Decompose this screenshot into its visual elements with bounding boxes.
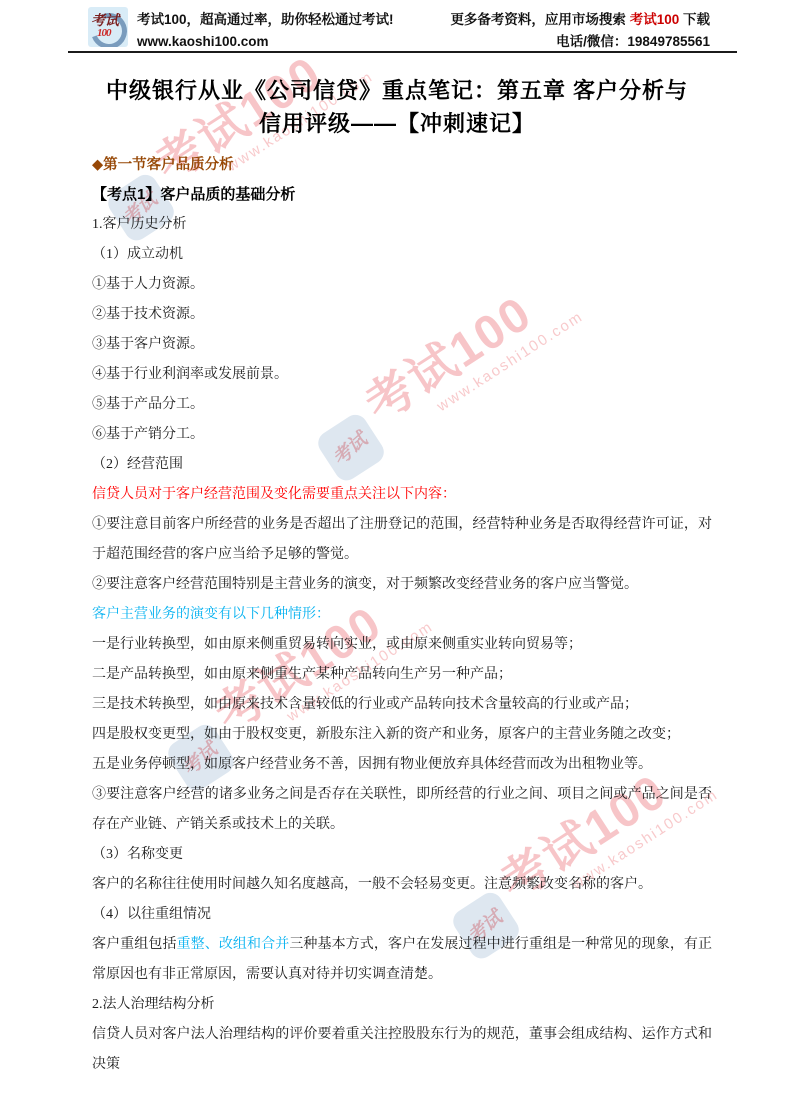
paragraph: 信贷人员对客户法人治理结构的评价要着重关注控股股东行为的规范，董事会组成结构、运…	[92, 1020, 712, 1080]
paragraph: 四是股权变更型，如由于股权变更，新股东注入新的资产和业务，原客户的主营业务随之改…	[92, 720, 712, 750]
text-run: 客户的名称往往使用时间越久知名度越高，一般不会轻易变更。注意频繁改变名称的客户。	[92, 877, 652, 892]
paragraph: ②基于技术资源。	[92, 300, 712, 330]
logo-brand-bottom: 100	[97, 27, 111, 39]
paragraph: 客户重组包括重整、改组和合并三种基本方式，客户在发展过程中进行重组是一种常见的现…	[92, 930, 712, 990]
paragraph: 2.法人治理结构分析	[92, 990, 712, 1020]
text-run: 信贷人员对客户法人治理结构的评价要着重关注控股股东行为的规范，董事会组成结构、运…	[92, 1027, 712, 1072]
text-run: 客户重组包括	[92, 937, 177, 952]
text-run: ⑥基于产销分工。	[92, 427, 204, 442]
paragraph: 一是行业转换型，如由原来侧重贸易转向实业，或由原来侧重实业转向贸易等；	[92, 630, 712, 660]
document-body: ◆第一节客户品质分析 【考点1】客户品质的基础分析 1.客户历史分析（1）成立动…	[92, 150, 712, 1080]
paragraph: （1）成立动机	[92, 240, 712, 270]
text-run: 2.法人治理结构分析	[92, 997, 215, 1012]
paragraph: 三是技术转换型，如由原来技术含量较低的行业或产品转向技术含量较高的行业或产品；	[92, 690, 712, 720]
paragraph: ③基于客户资源。	[92, 330, 712, 360]
text-run: 1.客户历史分析	[92, 217, 187, 232]
paragraph: ⑤基于产品分工。	[92, 390, 712, 420]
paragraph: 五是业务停顿型，如原客户经营业务不善，因拥有物业便放弃具体经营而改为出租物业等。	[92, 750, 712, 780]
text-run: ④基于行业利润率或发展前景。	[92, 367, 288, 382]
paragraph: 客户的名称往往使用时间越久知名度越高，一般不会轻易变更。注意频繁改变名称的客户。	[92, 870, 712, 900]
text-run: 客户主营业务的演变有以下几种情形：	[92, 607, 330, 622]
paragraph: （2）经营范围	[92, 450, 712, 480]
header-website: www.kaoshi100.com	[137, 31, 394, 53]
text-run: ③基于客户资源。	[92, 337, 204, 352]
text-run: 二是产品转换型，如由原来侧重生产某种产品转向生产另一种产品；	[92, 667, 512, 682]
text-run: ③要注意客户经营的诸多业务之间是否存在关联性，即所经营的行业之间、项目之间或产品…	[92, 787, 712, 832]
body-paragraphs: 1.客户历史分析（1）成立动机①基于人力资源。②基于技术资源。③基于客户资源。④…	[92, 210, 712, 1080]
paragraph: 客户主营业务的演变有以下几种情形：	[92, 600, 712, 630]
paragraph: ②要注意客户经营范围特别是主营业务的演变，对于频繁改变经营业务的客户应当警觉。	[92, 570, 712, 600]
header-left-block: 考试100，超高通过率，助你轻松通过考试! www.kaoshi100.com	[137, 9, 394, 53]
paragraph: 信贷人员对于客户经营范围及变化需要重点关注以下内容：	[92, 480, 712, 510]
paragraph: ⑥基于产销分工。	[92, 420, 712, 450]
text-run: ①要注意目前客户所经营的业务是否超出了注册登记的范围，经营特种业务是否取得经营许…	[92, 517, 712, 562]
text-run: （4）以往重组情况	[92, 907, 211, 922]
text-run: 三是技术转换型，如由原来技术含量较低的行业或产品转向技术含量较高的行业或产品；	[92, 697, 638, 712]
paragraph: ③要注意客户经营的诸多业务之间是否存在关联性，即所经营的行业之间、项目之间或产品…	[92, 780, 712, 840]
kaoshi100-logo-icon: 考试 100	[88, 7, 128, 47]
paragraph: （3）名称变更	[92, 840, 712, 870]
paragraph: ④基于行业利润率或发展前景。	[92, 360, 712, 390]
page-title-line1: 中级银行从业《公司信贷》重点笔记：第五章 客户分析与	[40, 74, 754, 107]
document-page: 考试 考试100 www.kaoshi100.com 考试 考试100 www.…	[0, 0, 794, 1098]
page-title: 中级银行从业《公司信贷》重点笔记：第五章 客户分析与 信用评级——【冲刺速记】	[40, 74, 754, 140]
text-run: （3）名称变更	[92, 847, 183, 862]
page-title-line2: 信用评级——【冲刺速记】	[40, 107, 754, 140]
text-run: ⑤基于产品分工。	[92, 397, 204, 412]
paragraph: （4）以往重组情况	[92, 900, 712, 930]
paragraph: ①基于人力资源。	[92, 270, 712, 300]
promo-suffix: 下载	[679, 12, 710, 27]
paragraph: 1.客户历史分析	[92, 210, 712, 240]
header-promo: 更多备考资料，应用市场搜索 考试100 下载	[450, 9, 710, 31]
text-run: （2）经营范围	[92, 457, 183, 472]
text-run: ①基于人力资源。	[92, 277, 204, 292]
text-run: 信贷人员对于客户经营范围及变化需要重点关注以下内容：	[92, 487, 456, 502]
text-run: 四是股权变更型，如由于股权变更，新股东注入新的资产和业务，原客户的主营业务随之改…	[92, 727, 680, 742]
header-divider	[68, 51, 737, 53]
text-run: 五是业务停顿型，如原客户经营业务不善，因拥有物业便放弃具体经营而改为出租物业等。	[92, 757, 652, 772]
exam-point-heading: 【考点1】客户品质的基础分析	[92, 180, 712, 210]
paragraph: 二是产品转换型，如由原来侧重生产某种产品转向生产另一种产品；	[92, 660, 712, 690]
text-run: （1）成立动机	[92, 247, 183, 262]
header-right-block: 更多备考资料，应用市场搜索 考试100 下载 电话/微信：19849785561	[450, 9, 710, 53]
section-heading: ◆第一节客户品质分析	[92, 150, 712, 180]
header-contact: 电话/微信：19849785561	[450, 31, 710, 53]
emphasis-text: 重整、改组和合并	[177, 937, 290, 952]
promo-prefix: 更多备考资料，应用市场搜索	[450, 12, 629, 27]
paragraph: ①要注意目前客户所经营的业务是否超出了注册登记的范围，经营特种业务是否取得经营许…	[92, 510, 712, 570]
header-tagline: 考试100，超高通过率，助你轻松通过考试!	[137, 9, 394, 31]
text-run: 一是行业转换型，如由原来侧重贸易转向实业，或由原来侧重实业转向贸易等；	[92, 637, 582, 652]
promo-brand: 考试100	[630, 12, 680, 27]
text-run: ②要注意客户经营范围特别是主营业务的演变，对于频繁改变经营业务的客户应当警觉。	[92, 577, 638, 592]
text-run: ②基于技术资源。	[92, 307, 204, 322]
